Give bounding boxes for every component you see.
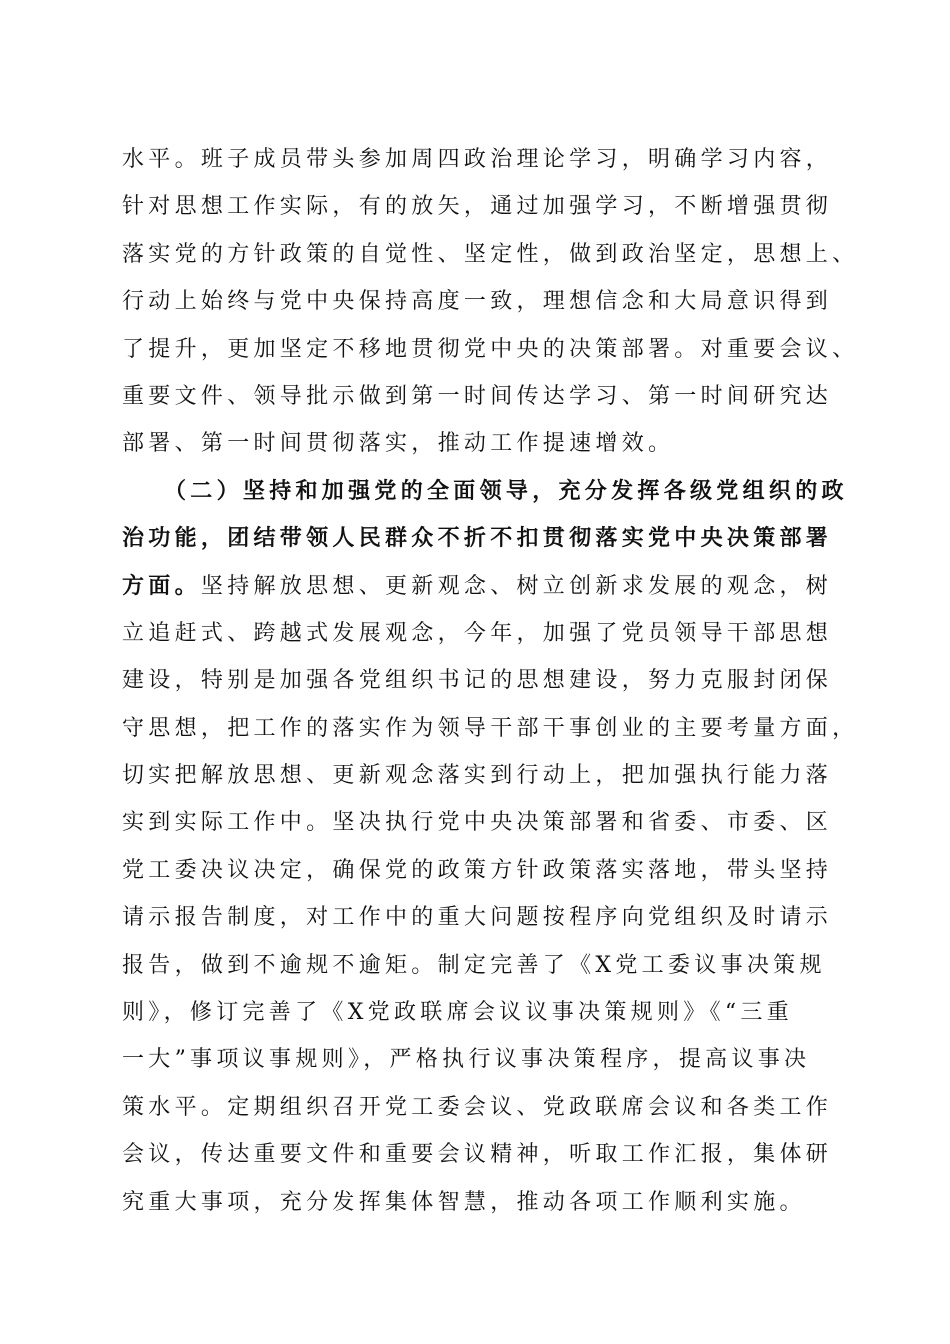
text-run: 坚持解放思想、更新观念、树立创新求发展的观念，树 — [201, 574, 832, 599]
text-line: 切实把解放思想、更新观念落实到行动上，把加强执行能力落 — [122, 752, 842, 799]
text-line: 方面。坚持解放思想、更新观念、树立创新求发展的观念，树 — [122, 563, 842, 610]
paragraph-continuation: 水平。班子成员带头参加周四政治理论学习，明确学习内容， 针对思想工作实际，有的放… — [122, 136, 842, 468]
text-line: 了提升，更加坚定不移地贯彻党中央的决策部署。对重要会议、 — [122, 326, 842, 373]
text-line: 落实党的方针政策的自觉性、坚定性，做到政治坚定，思想上、 — [122, 231, 842, 278]
text-line: 请示报告制度，对工作中的重大问题按程序向党组织及时请示 — [122, 894, 842, 941]
section-heading-line: 治功能，团结带领人民群众不折不扣贯彻落实党中央决策部署 — [122, 515, 842, 562]
document-body: 水平。班子成员带头参加周四政治理论学习，明确学习内容， 针对思想工作实际，有的放… — [122, 136, 842, 1226]
text-line: 究重大事项，充分发挥集体智慧，推动各项工作顺利实施。 — [122, 1179, 842, 1226]
text-line: 一大”事项议事规则》，严格执行议事决策程序，提高议事决 — [122, 1036, 842, 1083]
text-line: 报告，做到不逾规不逾矩。制定完善了《X党工委议事决策规 — [122, 942, 842, 989]
text-line: 行动上始终与党中央保持高度一致，理想信念和大局意识得到 — [122, 278, 842, 325]
text-line: 守思想，把工作的落实作为领导干部干事创业的主要考量方面， — [122, 705, 842, 752]
text-line: 重要文件、领导批示做到第一时间传达学习、第一时间研究达 — [122, 373, 842, 420]
text-line: 实到实际工作中。坚决执行党中央决策部署和省委、市委、区 — [122, 799, 842, 846]
text-line: 针对思想工作实际，有的放矢，通过加强学习，不断增强贯彻 — [122, 183, 842, 230]
document-page: 水平。班子成员带头参加周四政治理论学习，明确学习内容， 针对思想工作实际，有的放… — [0, 0, 950, 1344]
text-line: 立追赶式、跨越式发展观念，今年，加强了党员领导干部思想 — [122, 610, 842, 657]
text-line: 党工委决议决定，确保党的政策方针政策落实落地，带头坚持 — [122, 847, 842, 894]
text-line: 策水平。定期组织召开党工委会议、党政联席会议和各类工作 — [122, 1084, 842, 1131]
text-line: 部署、第一时间贯彻落实，推动工作提速增效。 — [122, 420, 842, 467]
text-line: 会议，传达重要文件和重要会议精神，听取工作汇报，集体研 — [122, 1131, 842, 1178]
section-heading-tail: 方面。 — [122, 573, 201, 599]
text-line: 则》，修订完善了《X党政联席会议议事决策规则》《“三重 — [122, 989, 842, 1036]
text-line: 建设，特别是加强各党组织书记的思想建设，努力克服封闭保 — [122, 657, 842, 704]
paragraph-section-two: （二）坚持和加强党的全面领导，充分发挥各级党组织的政 治功能，团结带领人民群众不… — [122, 468, 842, 1226]
section-heading-line: （二）坚持和加强党的全面领导，充分发挥各级党组织的政 — [122, 468, 842, 515]
text-line: 水平。班子成员带头参加周四政治理论学习，明确学习内容， — [122, 136, 842, 183]
